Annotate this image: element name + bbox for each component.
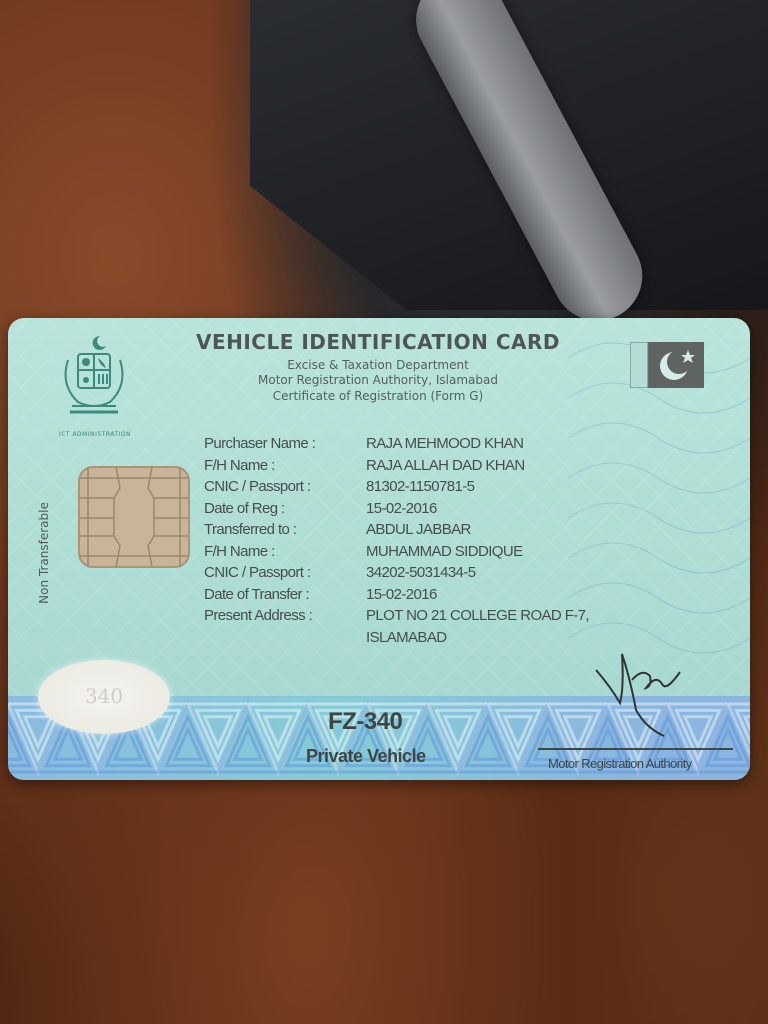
- field-present-address: Present Address : PLOT NO 21 COLLEGE ROA…: [204, 605, 646, 627]
- pakistan-flag-icon: [630, 342, 704, 388]
- field-value: PLOT NO 21 COLLEGE ROAD F-7,: [366, 605, 646, 627]
- field-transferee-cnic: CNIC / Passport : 34202-5031434-5: [204, 562, 646, 584]
- smart-chip-icon: [78, 466, 190, 568]
- field-label: CNIC / Passport :: [204, 476, 366, 498]
- field-purchaser-father-name: F/H Name : RAJA ALLAH DAD KHAN: [204, 455, 646, 477]
- authority-line: Motor Registration Authority, Islamabad: [163, 373, 593, 387]
- field-value: MUHAMMAD SIDDIQUE: [366, 541, 646, 563]
- registration-number: FZ-340: [328, 708, 402, 736]
- pakistan-state-emblem-icon: [54, 330, 134, 420]
- hologram-oval: 340: [38, 660, 170, 734]
- field-value: RAJA MEHMOOD KHAN: [366, 433, 646, 455]
- field-purchaser-cnic: CNIC / Passport : 81302-1150781-5: [204, 476, 646, 498]
- hologram-number: 340: [38, 684, 170, 708]
- ict-administration-label: ICT ADMINISTRATION: [50, 431, 140, 438]
- signatory-label: Motor Registration Authority: [548, 756, 692, 771]
- field-label: [204, 627, 366, 649]
- department-line: Excise & Taxation Department: [163, 358, 593, 372]
- field-label: Present Address :: [204, 605, 366, 627]
- signature-mark: [590, 648, 690, 738]
- field-date-of-reg: Date of Reg : 15-02-2016: [204, 498, 646, 520]
- field-value: 81302-1150781-5: [366, 476, 646, 498]
- field-date-of-transfer: Date of Transfer : 15-02-2016: [204, 584, 646, 606]
- field-label: CNIC / Passport :: [204, 562, 366, 584]
- non-transferable-label: Non Transferable: [37, 483, 51, 623]
- vehicle-identification-card: ICT ADMINISTRATION VEHICLE IDENTIFICATIO…: [8, 318, 750, 780]
- field-purchaser-name: Purchaser Name : RAJA MEHMOOD KHAN: [204, 433, 646, 455]
- field-label: F/H Name :: [204, 455, 366, 477]
- certificate-line: Certificate of Registration (Form G): [163, 389, 593, 403]
- field-value: RAJA ALLAH DAD KHAN: [366, 455, 646, 477]
- field-value: 15-02-2016: [366, 498, 646, 520]
- field-label: Date of Reg :: [204, 498, 366, 520]
- field-transferee-father-name: F/H Name : MUHAMMAD SIDDIQUE: [204, 541, 646, 563]
- field-value: 15-02-2016: [366, 584, 646, 606]
- field-transferred-to: Transferred to : ABDUL JABBAR: [204, 519, 646, 541]
- field-label: F/H Name :: [204, 541, 366, 563]
- field-value: ISLAMABAD: [366, 627, 646, 649]
- field-value: 34202-5031434-5: [366, 562, 646, 584]
- vehicle-type: Private Vehicle: [306, 746, 426, 767]
- field-label: Transferred to :: [204, 519, 366, 541]
- field-value: ABDUL JABBAR: [366, 519, 646, 541]
- field-label: Date of Transfer :: [204, 584, 366, 606]
- field-label: Purchaser Name :: [204, 433, 366, 455]
- registration-fields: Purchaser Name : RAJA MEHMOOD KHAN F/H N…: [204, 433, 646, 648]
- signature-line: [538, 748, 733, 750]
- field-present-address-cont: ISLAMABAD: [204, 627, 646, 649]
- card-title: VEHICLE IDENTIFICATION CARD: [163, 330, 593, 354]
